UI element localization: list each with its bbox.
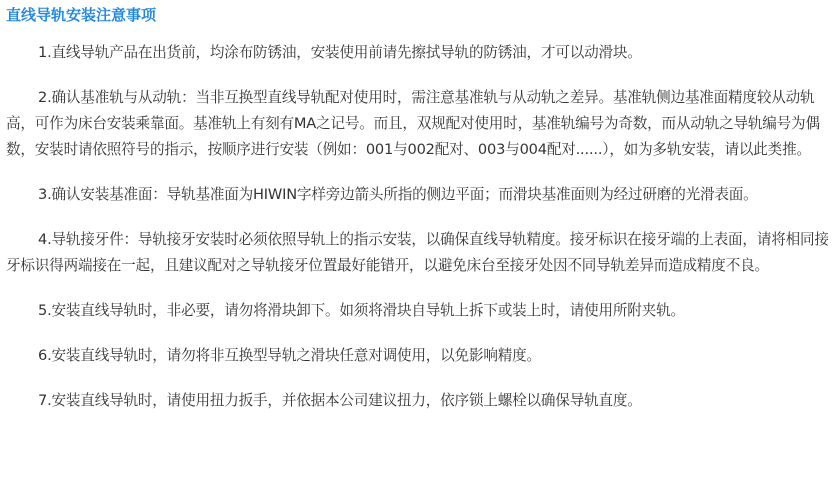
paragraph-3: 3.确认安装基准面：导轨基准面为HIWIN字样旁边箭头所指的侧边平面；而滑块基准…	[6, 182, 833, 208]
paragraph-7: 7.安装直线导轨时，请使用扭力扳手，并依据本公司建议扭力，依序锁上螺栓以确保导轨…	[6, 388, 833, 414]
paragraph-1: 1.直线导轨产品在出货前，均涂布防锈油，安装使用前请先擦拭导轨的防锈油，才可以动…	[6, 40, 833, 66]
paragraph-6: 6.安装直线导轨时，请勿将非互换型导轨之滑块任意对调使用，以免影响精度。	[6, 343, 833, 369]
document: 直线导轨安装注意事项 1.直线导轨产品在出货前，均涂布防锈油，安装使用前请先擦拭…	[0, 0, 833, 414]
paragraph-5: 5.安装直线导轨时，非必要，请勿将滑块卸下。如须将滑块自导轨上拆下或装上时，请使…	[6, 298, 833, 324]
paragraph-2: 2.确认基准轨与从动轨：当非互换型直线导轨配对使用时，需注意基准轨与从动轨之差异…	[6, 85, 833, 163]
paragraph-4: 4.导轨接牙件：导轨接牙安装时必须依照导轨上的指示安装，以确保直线导轨精度。接牙…	[6, 227, 833, 279]
document-title: 直线导轨安装注意事项	[6, 0, 833, 26]
